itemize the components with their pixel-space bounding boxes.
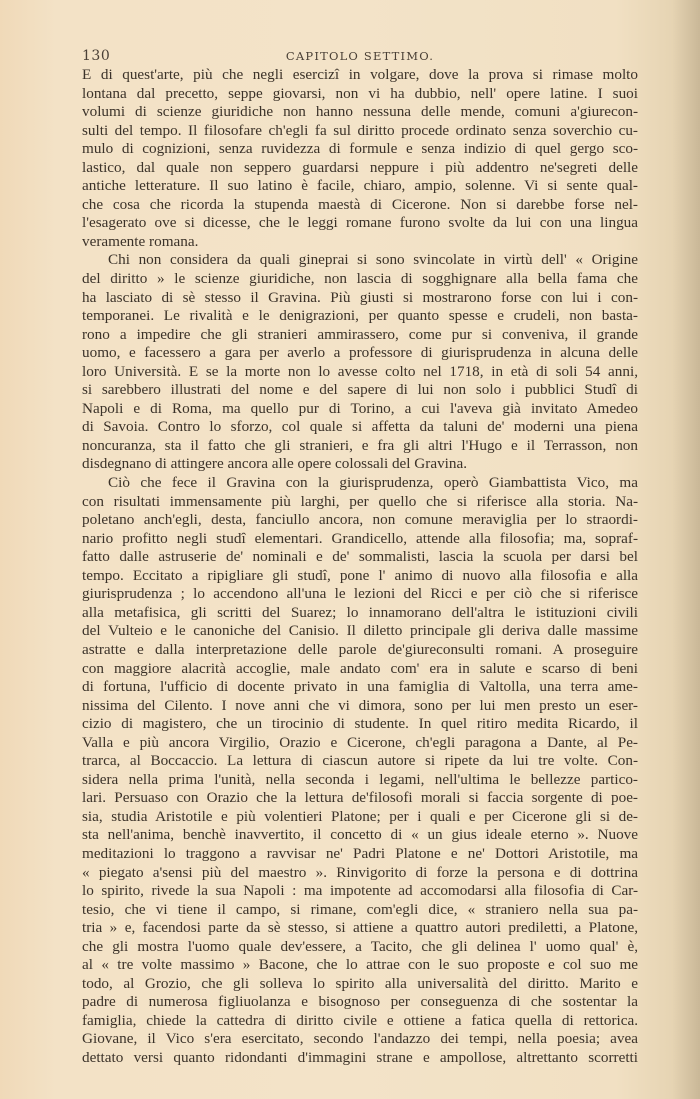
text-line: sulti del tempo. Il filosofare ch'egli f… — [82, 122, 638, 141]
text-line: E di quest'arte, più che negli esercizî … — [82, 66, 638, 85]
text-line: sta nell'anima, benchè inavvertito, il c… — [82, 826, 638, 845]
text-line: famiglia, chiede la cattedra di diritto … — [82, 1012, 638, 1031]
text-line: l'esagerato ove si dicesse, che le leggi… — [82, 214, 638, 233]
running-head: 130 CAPITOLO SETTIMO. — [82, 44, 638, 66]
text-line: tesio, che vi tiene il campo, si rimane,… — [82, 901, 638, 920]
text-line: volumi di scienze giuridiche non hanno n… — [82, 103, 638, 122]
text-line: alla metafisica, gli scritti del Suarez;… — [82, 604, 638, 623]
text-line: giurisprudenza ; lo accendono all'una le… — [82, 585, 638, 604]
text-line: sia, studia Aristotile e più volentieri … — [82, 808, 638, 827]
paragraph: Chi non considera da quali gineprai si s… — [82, 251, 638, 474]
text-line: cizio di magistero, che un tirocinio di … — [82, 715, 638, 734]
text-line: dettato versi quanto ridondanti d'immagi… — [82, 1049, 638, 1068]
text-line: loro Università. E se la morte non lo av… — [82, 363, 638, 382]
text-line: lo spirito, rivede la sua Napoli : ma im… — [82, 882, 638, 901]
text-line: antiche letterature. Il suo latino è fac… — [82, 177, 638, 196]
text-line: « piegato a'sensi più del maestro ». Rin… — [82, 864, 638, 883]
text-line: lontana dal precetto, seppe giovarsi, no… — [82, 85, 638, 104]
text-line: di fortuna, l'ufficio di docente privato… — [82, 678, 638, 697]
text-line: del Vulteio e le canoniche del Canisio. … — [82, 622, 638, 641]
text-line: todo, al Grozio, che gli solleva lo spir… — [82, 975, 638, 994]
text-line: che gli mostra l'uomo quale dev'essere, … — [82, 938, 638, 957]
text-line: uomo, e facessero a gara per averlo a pr… — [82, 344, 638, 363]
text-line: astratte e dalla interpretazione delle p… — [82, 641, 638, 660]
text-line: al « tre volte massimo » Bacone, che lo … — [82, 956, 638, 975]
text-line: noncuranza, sta il fatto che gli stranie… — [82, 437, 638, 456]
paragraph: Ciò che fece il Gravina con la giurispru… — [82, 474, 638, 1068]
text-line: Napoli e di Roma, ma quello pur di Torin… — [82, 400, 638, 419]
text-line: padre di numerosa figliuolanza e bisogno… — [82, 993, 638, 1012]
text-line: ha lasciato di sè stesso il Gravina. Più… — [82, 289, 638, 308]
text-line: disdegnano di attingere ancora alle oper… — [82, 455, 638, 474]
text-line: con risultati immensamente più larghi, p… — [82, 493, 638, 512]
text-line: di Savoia. Contro lo sforzo, col quale s… — [82, 418, 638, 437]
text-line: nario profitto negli studî elementari. G… — [82, 530, 638, 549]
text-line: nissima del Cilento. I nove anni che vi … — [82, 697, 638, 716]
text-line: sidera nella prima l'unità, nella second… — [82, 771, 638, 790]
paragraph: E di quest'arte, più che negli esercizî … — [82, 66, 638, 251]
text-line: si sarebbero illustrati del nome e del s… — [82, 381, 638, 400]
text-line: del diritto » le scienze giuridiche, non… — [82, 270, 638, 289]
text-line: con maggiore alacrità accoglie, male and… — [82, 660, 638, 679]
body-text: E di quest'arte, più che negli esercizî … — [82, 66, 638, 1068]
chapter-title: CAPITOLO SETTIMO. — [82, 49, 638, 63]
text-line: veramente romana. — [82, 233, 638, 252]
text-line: che cosa che ricorda la stupenda maestà … — [82, 196, 638, 215]
text-line: tempo. Eccitato a ripigliare gli studî, … — [82, 567, 638, 586]
text-line: rono a impedire che gli stranieri ammira… — [82, 326, 638, 345]
text-line: Ciò che fece il Gravina con la giurispru… — [82, 474, 638, 493]
text-line: Giovane, il Vico s'era esercitato, secon… — [82, 1030, 638, 1049]
text-line: Valla e più ancora Virgilio, Orazio e Ci… — [82, 734, 638, 753]
book-page: 130 CAPITOLO SETTIMO. E di quest'arte, p… — [82, 44, 638, 1068]
text-line: poletano anch'egli, desta, fanciullo anc… — [82, 511, 638, 530]
text-line: lari. Persuaso con Orazio che la lettura… — [82, 789, 638, 808]
text-line: Chi non considera da quali gineprai si s… — [82, 251, 638, 270]
text-line: meditazioni lo traggono a ravvisar ne' P… — [82, 845, 638, 864]
text-line: fatto dalle astruserie de' nominali e de… — [82, 548, 638, 567]
text-line: mulo di cognizioni, senza ruvidezza di f… — [82, 140, 638, 159]
text-line: tria » e, facendosi parte da sè stesso, … — [82, 919, 638, 938]
text-line: trarca, al Boccaccio. La lettura di cias… — [82, 752, 638, 771]
text-line: lastico, dal quale non seppero guardarsi… — [82, 159, 638, 178]
text-line: temporanei. Le rivalità e le denigrazion… — [82, 307, 638, 326]
